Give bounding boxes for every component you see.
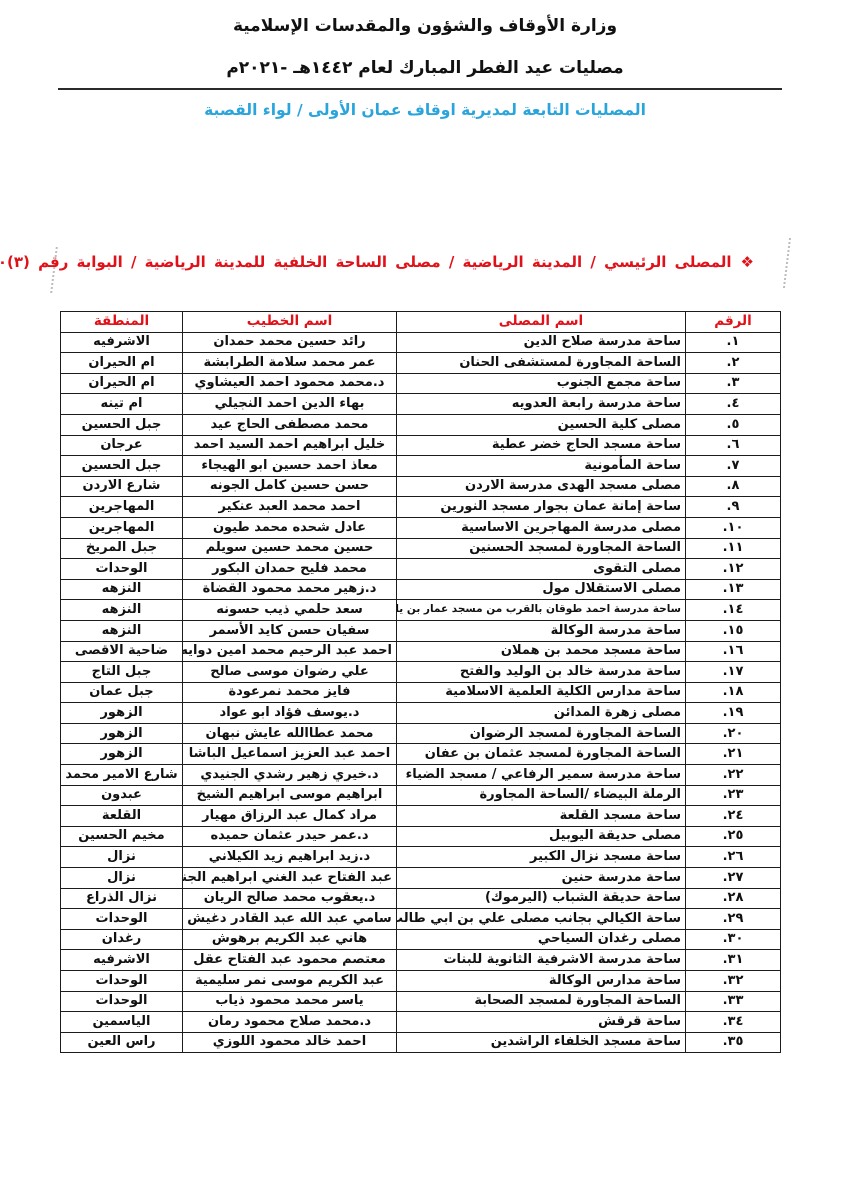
area-name: النزهه	[61, 620, 183, 641]
table-row: ٢١.الساحة المجاورة لمسجد عثمان بن عفاناح…	[61, 744, 781, 765]
area-name: نزال	[61, 868, 183, 889]
khateeb-name: سعد حلمي ذيب حسونه	[183, 600, 397, 621]
scan-artifact-right	[780, 238, 791, 288]
area-name: الوحدات	[61, 559, 183, 580]
row-number: ٣٢.	[686, 971, 781, 992]
row-number: ٢٦.	[686, 847, 781, 868]
mosalla-name: ساحة مدرسة احمد طوقان بالقرب من مسجد عما…	[397, 600, 686, 621]
khateeb-name: احمد عبد العزيز اسماعيل الباشا	[183, 744, 397, 765]
ministry-title: وزارة الأوقاف والشؤون والمقدسات الإسلامي…	[0, 16, 850, 36]
mosalla-name: ساحة مسجد الحاج خضر عطية	[397, 435, 686, 456]
area-name: جبل الحسين	[61, 414, 183, 435]
main-mosalla-text: المصلى الرئيسي / المدينة الرياضية / مصلى…	[0, 253, 732, 271]
row-number: ٣٤.	[686, 1012, 781, 1033]
area-name: نزال الذراع	[61, 888, 183, 909]
khateeb-name: فايز محمد نمرعودة	[183, 682, 397, 703]
table-row: ٢٢.ساحة مدرسة سمير الرفاعي / مسجد الضياء…	[61, 765, 781, 786]
khateeb-name: معتصم محمود عبد الفتاح عقل	[183, 950, 397, 971]
row-number: ٧.	[686, 456, 781, 477]
table-row: ٢٧.ساحة مدرسة حنينعبد الفتاح عبد الغني ا…	[61, 868, 781, 889]
khateeb-name: د.يعقوب محمد صالح الريان	[183, 888, 397, 909]
area-name: الاشرفيه	[61, 950, 183, 971]
khateeb-name: محمد مصطفى الحاج عيد	[183, 414, 397, 435]
table-row: ٧.ساحة المأمونيةمعاذ احمد حسين ابو الهيج…	[61, 456, 781, 477]
mosalla-name: ساحة مجمع الجنوب	[397, 373, 686, 394]
khateeb-name: د.زهير محمد محمود القضاة	[183, 579, 397, 600]
table-row: ٣.ساحة مجمع الجنوبد.محمد محمود احمد العي…	[61, 373, 781, 394]
row-number: ٦.	[686, 435, 781, 456]
mosalla-name: الساحة المجاورة لمسجد الصحابة	[397, 991, 686, 1012]
area-name: الزهور	[61, 703, 183, 724]
khateeb-name: عبد الكريم موسى نمر سليمية	[183, 971, 397, 992]
khateeb-name: د.محمد صلاح محمود رمان	[183, 1012, 397, 1033]
row-number: ١٢.	[686, 559, 781, 580]
row-number: ٣٠.	[686, 929, 781, 950]
khateeb-name: محمد فليح حمدان البكور	[183, 559, 397, 580]
row-number: ١٨.	[686, 682, 781, 703]
area-name: ام الحيران	[61, 373, 183, 394]
table-row: ٣١.ساحة مدرسة الاشرفية الثانوية للبناتمع…	[61, 950, 781, 971]
area-name: الزهور	[61, 744, 183, 765]
area-name: الوحدات	[61, 991, 183, 1012]
khateeb-name: بهاء الدين احمد النجيلي	[183, 394, 397, 415]
table-row: ١٠.مصلى مدرسة المهاجرين الاساسيةعادل شحد…	[61, 517, 781, 538]
mosalla-name: الساحة المجاورة لمسجد الحسنين	[397, 538, 686, 559]
area-name: الاشرفيه	[61, 332, 183, 353]
khateeb-name: معاذ احمد حسين ابو الهيجاء	[183, 456, 397, 477]
row-number: ١٩.	[686, 703, 781, 724]
khateeb-name: د.عمر حيدر عثمان حميده	[183, 826, 397, 847]
area-name: رغدان	[61, 929, 183, 950]
area-name: الوحدات	[61, 971, 183, 992]
mosalla-name: مصلى التقوى	[397, 559, 686, 580]
row-number: ٨.	[686, 476, 781, 497]
row-number: ١٦.	[686, 641, 781, 662]
khateeb-name: د.محمد محمود احمد العيشاوي	[183, 373, 397, 394]
khateeb-name: رائد حسين محمد حمدان	[183, 332, 397, 353]
row-number: ١١.	[686, 538, 781, 559]
mosalla-name: ساحة مدارس الوكالة	[397, 971, 686, 992]
mosalla-name: مصلى كلية الحسين	[397, 414, 686, 435]
mosalla-name: الساحة المجاورة لمسجد عثمان بن عفان	[397, 744, 686, 765]
row-number: ٢٣.	[686, 785, 781, 806]
row-number: ٢٨.	[686, 888, 781, 909]
row-number: ٩.	[686, 497, 781, 518]
khateeb-name: حسن حسين كامل الجونه	[183, 476, 397, 497]
mosalla-name: ساحة مسجد القلعة	[397, 806, 686, 827]
area-name: جبل الحسين	[61, 456, 183, 477]
row-number: ١٥.	[686, 620, 781, 641]
prayer-locations-table: الرقم اسم المصلى اسم الخطيب المنطقة ١.سا…	[60, 311, 781, 1053]
mosalla-name: ساحة مدرسة خالد بن الوليد والفتح	[397, 662, 686, 683]
khateeb-name: عادل شحده محمد طيون	[183, 517, 397, 538]
area-name: راس العين	[61, 1032, 183, 1053]
row-number: ٣.	[686, 373, 781, 394]
mosalla-name: الساحة المجاورة لمستشفى الحنان	[397, 353, 686, 374]
mosalla-name: ساحة مسجد نزال الكبير	[397, 847, 686, 868]
row-number: ١٠.	[686, 517, 781, 538]
table-row: ٩.ساحة إمانة عمان بجوار مسجد النوريناحمد…	[61, 497, 781, 518]
header-divider	[58, 88, 782, 90]
table-row: ٢٨.ساحة حديقة الشباب (اليرموك)د.يعقوب مح…	[61, 888, 781, 909]
area-name: جبل المريخ	[61, 538, 183, 559]
khateeb-name: د.يوسف فؤاد ابو عواد	[183, 703, 397, 724]
table-row: ١٩.مصلى زهرة المدائند.يوسف فؤاد ابو عواد…	[61, 703, 781, 724]
main-mosalla-note: ❖ المصلى الرئيسي / المدينة الرياضية / مص…	[60, 253, 754, 271]
row-number: ٣٥.	[686, 1032, 781, 1053]
area-name: الياسمين	[61, 1012, 183, 1033]
row-number: ٢٥.	[686, 826, 781, 847]
mosalla-name: مصلى مسجد الهدى مدرسة الاردن	[397, 476, 686, 497]
area-name: ضاحية الاقصى	[61, 641, 183, 662]
area-name: مخيم الحسين	[61, 826, 183, 847]
table-row: ٣٥.ساحة مسجد الخلفاء الراشديناحمد خالد م…	[61, 1032, 781, 1053]
row-number: ٢٠.	[686, 723, 781, 744]
area-name: الزهور	[61, 723, 183, 744]
table-row: ١٨.ساحة مدارس الكلية العلمية الاسلاميةفا…	[61, 682, 781, 703]
table-row: ٤.ساحة مدرسة رابعة العدويهبهاء الدين احم…	[61, 394, 781, 415]
khateeb-name: احمد محمد العبد عنكير	[183, 497, 397, 518]
mosalla-name: الرملة البيضاء /الساحة المجاورة	[397, 785, 686, 806]
khateeb-name: د.زيد ابراهيم زيد الكيلاني	[183, 847, 397, 868]
mosalla-name: مصلى الاستقلال مول	[397, 579, 686, 600]
row-number: ٢.	[686, 353, 781, 374]
mosalla-name: مصلى رغدان السياحي	[397, 929, 686, 950]
khateeb-name: حسين محمد حسين سويلم	[183, 538, 397, 559]
mosalla-name: ساحة المأمونية	[397, 456, 686, 477]
mosalla-name: مصلى زهرة المدائن	[397, 703, 686, 724]
khateeb-name: هاني عبد الكريم برهوش	[183, 929, 397, 950]
row-number: ٢٩.	[686, 909, 781, 930]
area-name: النزهه	[61, 579, 183, 600]
row-number: ٥.	[686, 414, 781, 435]
table-row: ٢.الساحة المجاورة لمستشفى الحنانعمر محمد…	[61, 353, 781, 374]
table-row: ٢٠.الساحة المجاورة لمسجد الرضوانمحمد عطا…	[61, 723, 781, 744]
row-number: ٣١.	[686, 950, 781, 971]
table-header-row: الرقم اسم المصلى اسم الخطيب المنطقة	[61, 312, 781, 333]
header-khateeb-name: اسم الخطيب	[183, 312, 397, 333]
khateeb-name: سامي عبد الله عبد القادر دغيش	[183, 909, 397, 930]
area-name: جبل عمان	[61, 682, 183, 703]
table-row: ١٦.ساحة مسجد محمد بن هملاناحمد عبد الرحي…	[61, 641, 781, 662]
khateeb-name: عمر محمد سلامة الطرابشة	[183, 353, 397, 374]
mosalla-name: مصلى حديقة اليوبيل	[397, 826, 686, 847]
row-number: ٤.	[686, 394, 781, 415]
area-name: جبل التاج	[61, 662, 183, 683]
mosalla-name: ساحة قرقش	[397, 1012, 686, 1033]
mosalla-name: مصلى مدرسة المهاجرين الاساسية	[397, 517, 686, 538]
row-number: ٢٤.	[686, 806, 781, 827]
khateeb-name: خليل ابراهيم احمد السيد احمد	[183, 435, 397, 456]
document-page: وزارة الأوقاف والشؤون والمقدسات الإسلامي…	[0, 0, 850, 1192]
diamond-bullet-icon: ❖	[741, 253, 754, 271]
table-row: ١.ساحة مدرسة صلاح الدينرائد حسين محمد حم…	[61, 332, 781, 353]
area-name: الوحدات	[61, 909, 183, 930]
table-row: ٣٠.مصلى رغدان السياحيهاني عبد الكريم بره…	[61, 929, 781, 950]
table-row: ١٥.ساحة مدرسة الوكالةسفيان حسن كايد الأس…	[61, 620, 781, 641]
mosalla-name: ساحة مدرسة الاشرفية الثانوية للبنات	[397, 950, 686, 971]
khateeb-name: د.خيري زهير رشدي الجنيدي	[183, 765, 397, 786]
area-name: نزال	[61, 847, 183, 868]
table-row: ٦.ساحة مسجد الحاج خضر عطيةخليل ابراهيم ا…	[61, 435, 781, 456]
mosalla-name: ساحة مدرسة رابعة العدويه	[397, 394, 686, 415]
khateeb-name: ابراهيم موسى ابراهيم الشيخ	[183, 785, 397, 806]
row-number: ٢١.	[686, 744, 781, 765]
area-name: المهاجرين	[61, 497, 183, 518]
khateeb-name: محمد عطاالله عايش نبهان	[183, 723, 397, 744]
mosalla-name: ساحة مدرسة الوكالة	[397, 620, 686, 641]
table-row: ١٤.ساحة مدرسة احمد طوقان بالقرب من مسجد …	[61, 600, 781, 621]
mosalla-name: ساحة حديقة الشباب (اليرموك)	[397, 888, 686, 909]
area-name: شارع الامير محمد	[61, 765, 183, 786]
table-row: ١٧.ساحة مدرسة خالد بن الوليد والفتحعلي ر…	[61, 662, 781, 683]
table-row: ١٣.مصلى الاستقلال مولد.زهير محمد محمود ا…	[61, 579, 781, 600]
khateeb-name: علي رضوان موسى صالح	[183, 662, 397, 683]
mosalla-name: ساحة مدرسة حنين	[397, 868, 686, 889]
mosalla-name: ساحة مدارس الكلية العلمية الاسلامية	[397, 682, 686, 703]
khateeb-name: احمد خالد محمود اللوزي	[183, 1032, 397, 1053]
table-row: ٣٤.ساحة قرقشد.محمد صلاح محمود رمانالياسم…	[61, 1012, 781, 1033]
khateeb-name: احمد عبد الرحيم محمد امين دوايه	[183, 641, 397, 662]
mosalla-name: ساحة الكيالي بجانب مصلى علي بن ابي طالب	[397, 909, 686, 930]
mosalla-name: ساحة مسجد الخلفاء الراشدين	[397, 1032, 686, 1053]
table-row: ٢٥.مصلى حديقة اليوبيلد.عمر حيدر عثمان حم…	[61, 826, 781, 847]
area-name: ام تينه	[61, 394, 183, 415]
row-number: ١٣.	[686, 579, 781, 600]
area-name: النزهه	[61, 600, 183, 621]
directorate-subtitle: المصليات التابعة لمديرية اوقاف عمان الأو…	[0, 101, 850, 119]
prayer-table-body: ١.ساحة مدرسة صلاح الدينرائد حسين محمد حم…	[61, 332, 781, 1053]
mosalla-name: ساحة مسجد محمد بن هملان	[397, 641, 686, 662]
table-row: ١٢.مصلى التقوىمحمد فليح حمدان البكورالوح…	[61, 559, 781, 580]
row-number: ١٧.	[686, 662, 781, 683]
area-name: شارع الاردن	[61, 476, 183, 497]
table-row: ٨.مصلى مسجد الهدى مدرسة الاردنحسن حسين ك…	[61, 476, 781, 497]
khateeb-name: ياسر محمد محمود ذياب	[183, 991, 397, 1012]
area-name: عبدون	[61, 785, 183, 806]
table-row: ٢٣.الرملة البيضاء /الساحة المجاورةابراهي…	[61, 785, 781, 806]
table-row: ٣٣.الساحة المجاورة لمسجد الصحابةياسر محم…	[61, 991, 781, 1012]
area-name: ام الحيران	[61, 353, 183, 374]
area-name: عرجان	[61, 435, 183, 456]
area-name: القلعة	[61, 806, 183, 827]
table-row: ٢٩.ساحة الكيالي بجانب مصلى علي بن ابي طا…	[61, 909, 781, 930]
row-number: ١٤.	[686, 600, 781, 621]
table-row: ٢٤.ساحة مسجد القلعةمراد كمال عبد الرزاق …	[61, 806, 781, 827]
mosalla-name: ساحة مدرسة سمير الرفاعي / مسجد الضياء	[397, 765, 686, 786]
header-number: الرقم	[686, 312, 781, 333]
document-title: مصليات عيد الفطر المبارك لعام ١٤٤٢هـ -٢٠…	[0, 58, 850, 78]
khateeb-name: عبد الفتاح عبد الغني ابراهيم الجنيدي	[183, 868, 397, 889]
row-number: ١.	[686, 332, 781, 353]
mosalla-name: الساحة المجاورة لمسجد الرضوان	[397, 723, 686, 744]
table-row: ٢٦.ساحة مسجد نزال الكبيرد.زيد ابراهيم زي…	[61, 847, 781, 868]
header-mosalla-name: اسم المصلى	[397, 312, 686, 333]
row-number: ٣٣.	[686, 991, 781, 1012]
row-number: ٢٢.	[686, 765, 781, 786]
mosalla-name: ساحة إمانة عمان بجوار مسجد النورين	[397, 497, 686, 518]
row-number: ٢٧.	[686, 868, 781, 889]
mosalla-name: ساحة مدرسة صلاح الدين	[397, 332, 686, 353]
table-row: ٥.مصلى كلية الحسينمحمد مصطفى الحاج عيدجب…	[61, 414, 781, 435]
khateeb-name: مراد كمال عبد الرزاق مهيار	[183, 806, 397, 827]
area-name: المهاجرين	[61, 517, 183, 538]
table-row: ١١.الساحة المجاورة لمسجد الحسنينحسين محم…	[61, 538, 781, 559]
khateeb-name: سفيان حسن كايد الأسمر	[183, 620, 397, 641]
header-area: المنطقة	[61, 312, 183, 333]
table-row: ٣٢.ساحة مدارس الوكالةعبد الكريم موسى نمر…	[61, 971, 781, 992]
